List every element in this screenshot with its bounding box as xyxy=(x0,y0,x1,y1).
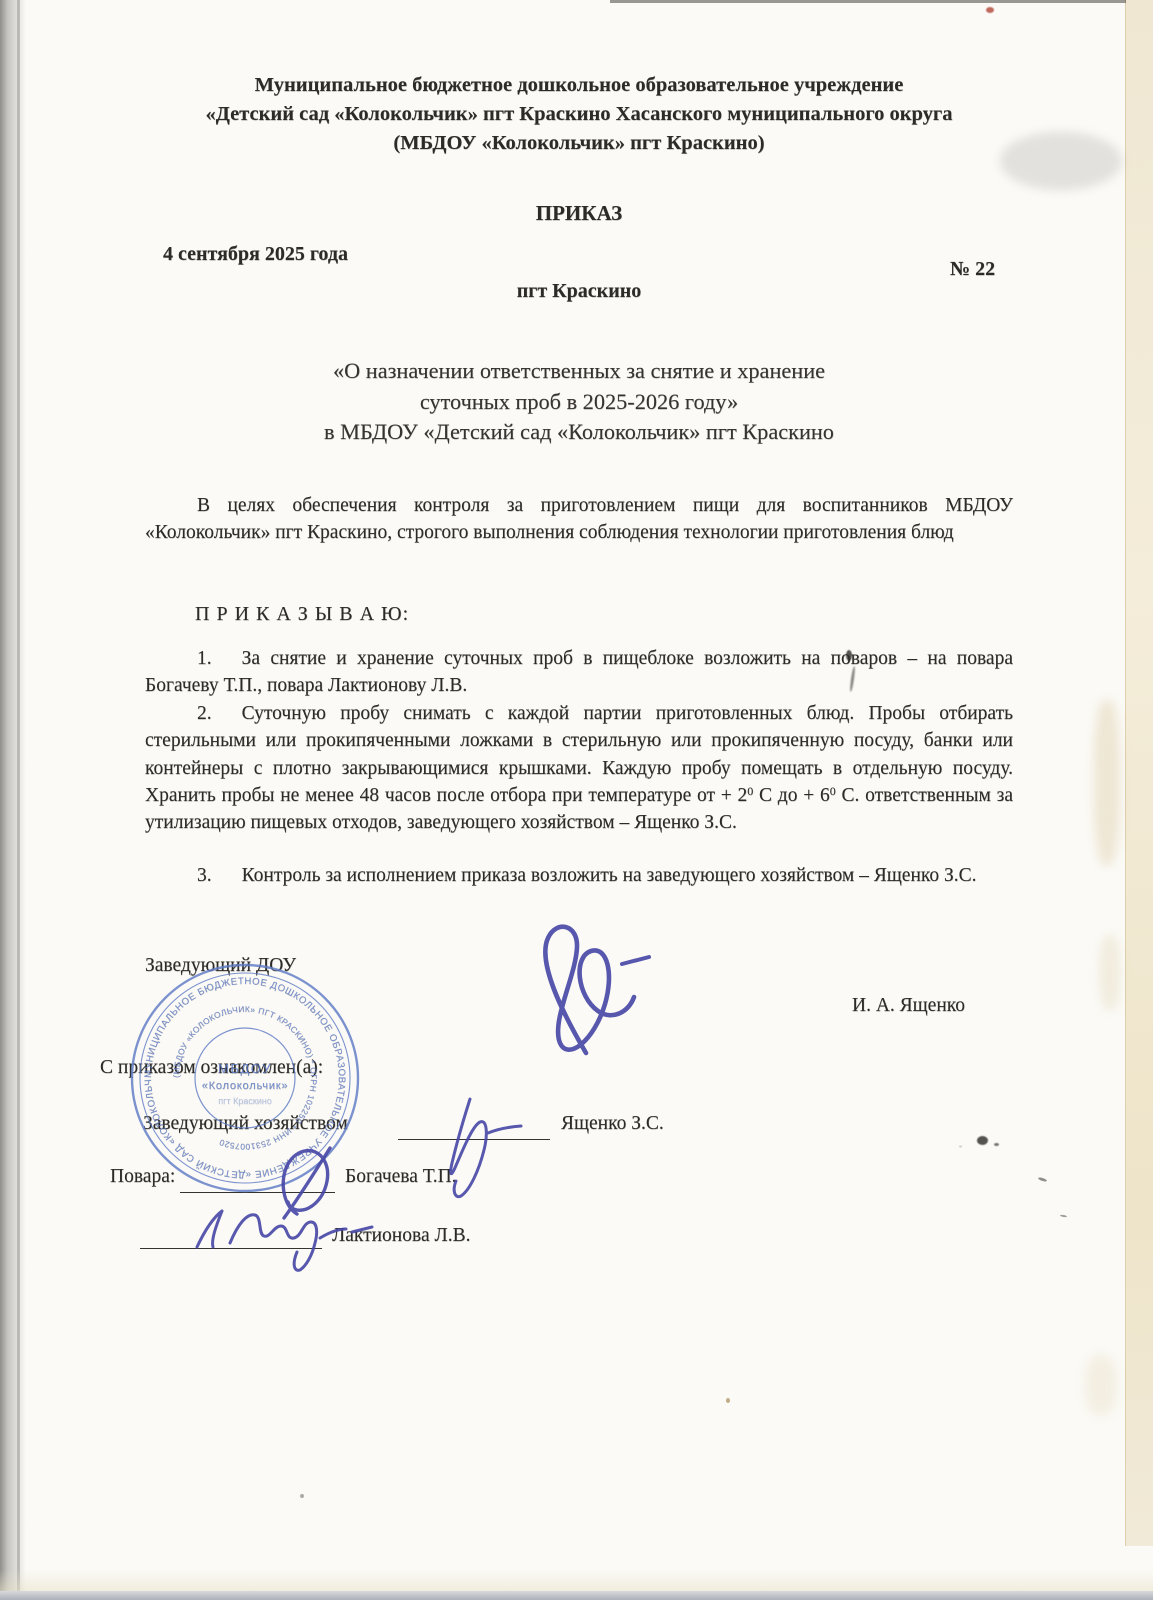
header-line-3: (МБДОУ «Колокольчик» пгт Краскино) xyxy=(145,129,1013,158)
paper-stain-right-2 xyxy=(1100,935,1120,1010)
official-stamp: МУНИЦИПАЛЬНОЕ БЮДЖЕТНОЕ ДОШКОЛЬНОЕ ОБРАЗ… xyxy=(128,961,362,1195)
header-line-1: Муниципальное бюджетное дошкольное образ… xyxy=(145,71,1013,100)
order-subject-line-3: в МБДОУ «Детский сад «Колокольчик» пгт К… xyxy=(145,417,1013,448)
paper-stain-right-3 xyxy=(1086,1355,1116,1415)
stamp-center-line2: «Колокольчик» xyxy=(202,1080,289,1092)
stamp-center-line1: МБДОУ xyxy=(218,1061,272,1076)
item-number: 2. xyxy=(197,703,212,724)
ack-row1-signature-line xyxy=(398,1113,550,1140)
ack-row1-name: Ященко З.С. xyxy=(561,1113,664,1135)
order-date: 4 сентября 2025 года xyxy=(163,243,348,266)
paper-stain-right-1 xyxy=(1094,700,1120,865)
ink-speck-dash-1 xyxy=(1038,1177,1047,1183)
ack-row3-name: Лактионова Л.В. xyxy=(332,1225,470,1247)
stamp-inner-circle xyxy=(195,1028,295,1128)
stamp-inner-ring-text: (МБДОУ «КОЛОКОЛЬЧИК» ПГТ КРАСКИНО) * ОГР… xyxy=(171,1004,319,1152)
preamble-paragraph: В целях обеспечения контроля за приготов… xyxy=(145,492,1013,547)
scanner-edge-bottom-shade xyxy=(0,1569,1153,1591)
scanned-order-page: Муниципальное бюджетное дошкольное образ… xyxy=(0,0,1153,1600)
stamp-center-line3: пгт Краскино xyxy=(218,1096,271,1106)
ink-speck-dash-2 xyxy=(1060,1214,1067,1217)
scanner-edge-bottom xyxy=(0,1591,1153,1600)
order-item-2: 2.Суточную пробу снимать с каждой партии… xyxy=(145,700,1013,836)
order-verb: П Р И К А З Ы В А Ю: xyxy=(195,603,409,626)
scanner-edge-left-streak xyxy=(17,0,20,1600)
order-place: пгт Краскино xyxy=(145,277,1013,306)
bleed-through-smudge xyxy=(1000,132,1122,190)
order-subject-line-1: «О назначении ответственных за снятие и … xyxy=(145,356,1013,387)
item-text-part: С до + 6 xyxy=(753,785,829,806)
scanner-edge-left xyxy=(0,0,26,1600)
order-item-1: 1.За снятие и хранение суточных проб в п… xyxy=(145,645,1013,700)
order-subject-line-2: суточных проб в 2025-2026 году» xyxy=(145,387,1013,418)
item-text: Контроль за исполнением приказа возложит… xyxy=(242,865,977,886)
ack-row3-signature-line xyxy=(140,1222,322,1249)
document-body: Муниципальное бюджетное дошкольное образ… xyxy=(145,0,1013,1600)
header-line-2: «Детский сад «Колокольчик» пгт Краскино … xyxy=(145,100,1013,129)
scanner-edge-top-line xyxy=(610,0,1126,3)
order-item-3: 3.Контроль за исполнением приказа возлож… xyxy=(145,862,1013,889)
item-text: За снятие и хранение суточных проб в пищ… xyxy=(145,648,1013,696)
director-name: И. А. Ященко xyxy=(852,995,965,1017)
item-number: 1. xyxy=(197,648,212,669)
doc-type-title: ПРИКАЗ xyxy=(145,199,1013,228)
stamp-outer-circle xyxy=(132,965,358,1191)
item-number: 3. xyxy=(197,865,212,886)
page-edge-cream-band xyxy=(1125,0,1153,1546)
